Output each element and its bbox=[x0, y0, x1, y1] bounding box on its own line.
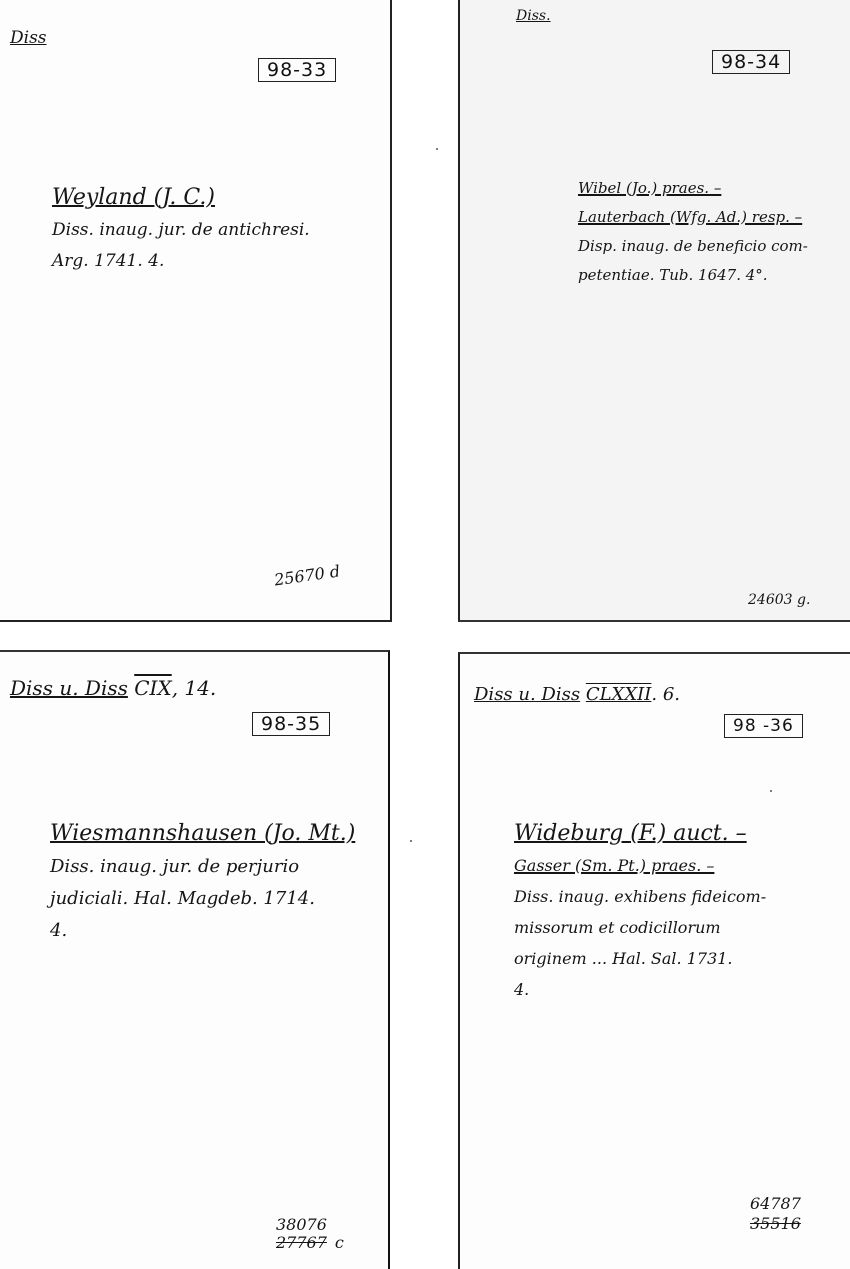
call-number-box: 98-33 bbox=[258, 58, 336, 82]
entry-line: petentiae. Tub. 1647. 4°. bbox=[578, 261, 808, 290]
author-heading: Wiesmannshausen (Jo. Mt.) bbox=[50, 821, 355, 846]
entry-line: Diss. inaug. jur. de antichresi. bbox=[52, 215, 310, 246]
entry-line: Arg. 1741. 4. bbox=[52, 246, 310, 277]
author-heading: Wibel (Jo.) praes. – bbox=[578, 179, 721, 197]
shelfmark-text: Diss u. Diss bbox=[10, 676, 128, 700]
accession-old-struck: 27767 bbox=[276, 1234, 327, 1252]
entry-line: Disp. inaug. de beneficio com- bbox=[578, 232, 808, 261]
praeses-heading: Gasser (Sm. Pt.) praes. – bbox=[514, 856, 714, 875]
shelfmark-text: Diss u. Diss bbox=[474, 684, 580, 705]
shelfmark: Diss u. Diss CIX, 14. bbox=[10, 676, 216, 700]
accession-number: 64787 35516 bbox=[750, 1194, 801, 1234]
shelfmark-volume: CLXXII bbox=[586, 684, 652, 705]
accession-old-struck: 35516 bbox=[750, 1214, 801, 1234]
entry-line: 4. bbox=[50, 915, 355, 947]
shelfmark-text: Diss. bbox=[516, 8, 551, 24]
accession-current: 38076 bbox=[276, 1215, 327, 1234]
call-number-box: 98 -36 bbox=[724, 714, 803, 738]
accession-number: 38076 27767c bbox=[276, 1216, 344, 1252]
catalog-card-98-35: Diss u. Diss CIX, 14. 98-35 Wiesmannshau… bbox=[0, 650, 390, 1269]
entry-line: 4. bbox=[514, 974, 766, 1005]
entry-line: Diss. inaug. exhibens fideicom- bbox=[514, 881, 766, 912]
shelfmark-suffix: , 14. bbox=[172, 676, 217, 700]
catalog-card-98-36: Diss u. Diss CLXXII. 6. 98 -36 Wideburg … bbox=[458, 652, 850, 1269]
accession-suffix: c bbox=[335, 1234, 344, 1252]
catalog-entry: Wibel (Jo.) praes. – Lauterbach (Wfg. Ad… bbox=[578, 174, 808, 290]
author-heading: Wideburg (F.) auct. – bbox=[514, 821, 747, 846]
shelfmark-volume: CIX bbox=[134, 676, 171, 700]
accession-number: 25670 d bbox=[273, 561, 341, 589]
shelfmark-text: Diss bbox=[10, 28, 47, 48]
respondent-heading: Lauterbach (Wfg. Ad.) resp. – bbox=[578, 208, 802, 226]
accession-number: 24603 g. bbox=[748, 592, 810, 608]
call-number-box: 98-35 bbox=[252, 712, 330, 736]
entry-line: missorum et codicillorum bbox=[514, 912, 766, 943]
entry-line: originem ... Hal. Sal. 1731. bbox=[514, 943, 766, 974]
entry-line: judiciali. Hal. Magdeb. 1714. bbox=[50, 883, 355, 915]
entry-line: Diss. inaug. jur. de perjurio bbox=[50, 851, 355, 883]
shelfmark-suffix: . 6. bbox=[651, 684, 680, 705]
author-heading: Weyland (J. C.) bbox=[52, 185, 215, 210]
catalog-card-98-33: Diss 98-33 Weyland (J. C.) Diss. inaug. … bbox=[0, 0, 392, 622]
catalog-entry: Weyland (J. C.) Diss. inaug. jur. de ant… bbox=[52, 182, 310, 277]
paper-speck bbox=[436, 148, 438, 150]
shelfmark: Diss bbox=[10, 28, 47, 48]
shelfmark: Diss. bbox=[516, 8, 551, 24]
catalog-entry: Wiesmannshausen (Jo. Mt.) Diss. inaug. j… bbox=[50, 818, 355, 947]
accession-current: 64787 bbox=[750, 1194, 801, 1213]
paper-speck bbox=[410, 840, 412, 842]
catalog-entry: Wideburg (F.) auct. – Gasser (Sm. Pt.) p… bbox=[514, 818, 766, 1005]
call-number-box: 98-34 bbox=[712, 50, 790, 74]
shelfmark: Diss u. Diss CLXXII. 6. bbox=[474, 684, 680, 705]
catalog-card-98-34: Diss. 98-34 Wibel (Jo.) praes. – Lauterb… bbox=[458, 0, 850, 622]
paper-speck bbox=[770, 790, 772, 792]
